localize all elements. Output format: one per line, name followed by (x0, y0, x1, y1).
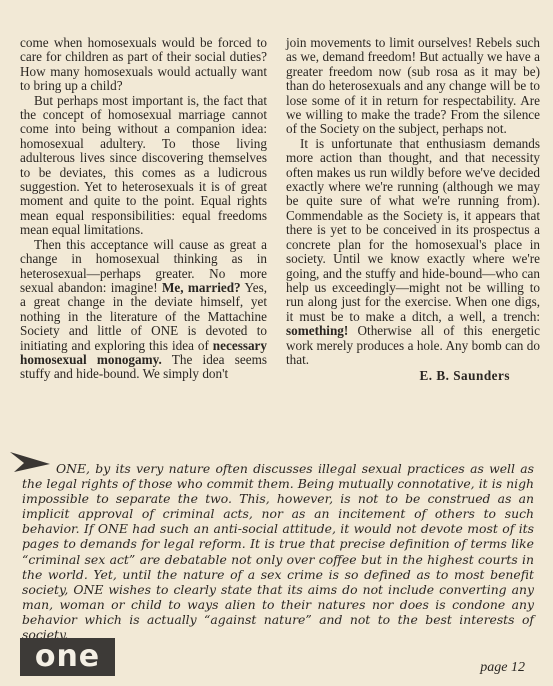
author-signature: E. B. Saunders (286, 369, 540, 383)
emphasis-me-married: Me, married? (162, 280, 241, 295)
magazine-page: come when homosexuals would be forced to… (0, 0, 553, 686)
logo-text: one (35, 642, 100, 672)
emphasis-something: something! (286, 323, 348, 338)
paragraph-4: join movements to limit ourselves! Rebel… (286, 36, 540, 137)
paragraph-3: Then this acceptance will cause as great… (20, 238, 267, 382)
paragraph-2: But perhaps most important is, the fact … (20, 94, 267, 238)
editorial-disclaimer: ONE, by its very nature often discusses … (22, 461, 534, 642)
disclaimer-text: ONE, by its very nature often discusses … (22, 461, 534, 642)
paragraph-1: come when homosexuals would be forced to… (20, 36, 267, 94)
text-run: It is unfortunate that enthusiasm demand… (286, 136, 540, 324)
article-left-column: come when homosexuals would be forced to… (20, 36, 267, 382)
page-number: page 12 (480, 660, 525, 676)
one-magazine-logo: one (20, 638, 115, 676)
paragraph-5: It is unfortunate that enthusiasm demand… (286, 137, 540, 368)
article-right-column: join movements to limit ourselves! Rebel… (286, 36, 540, 384)
